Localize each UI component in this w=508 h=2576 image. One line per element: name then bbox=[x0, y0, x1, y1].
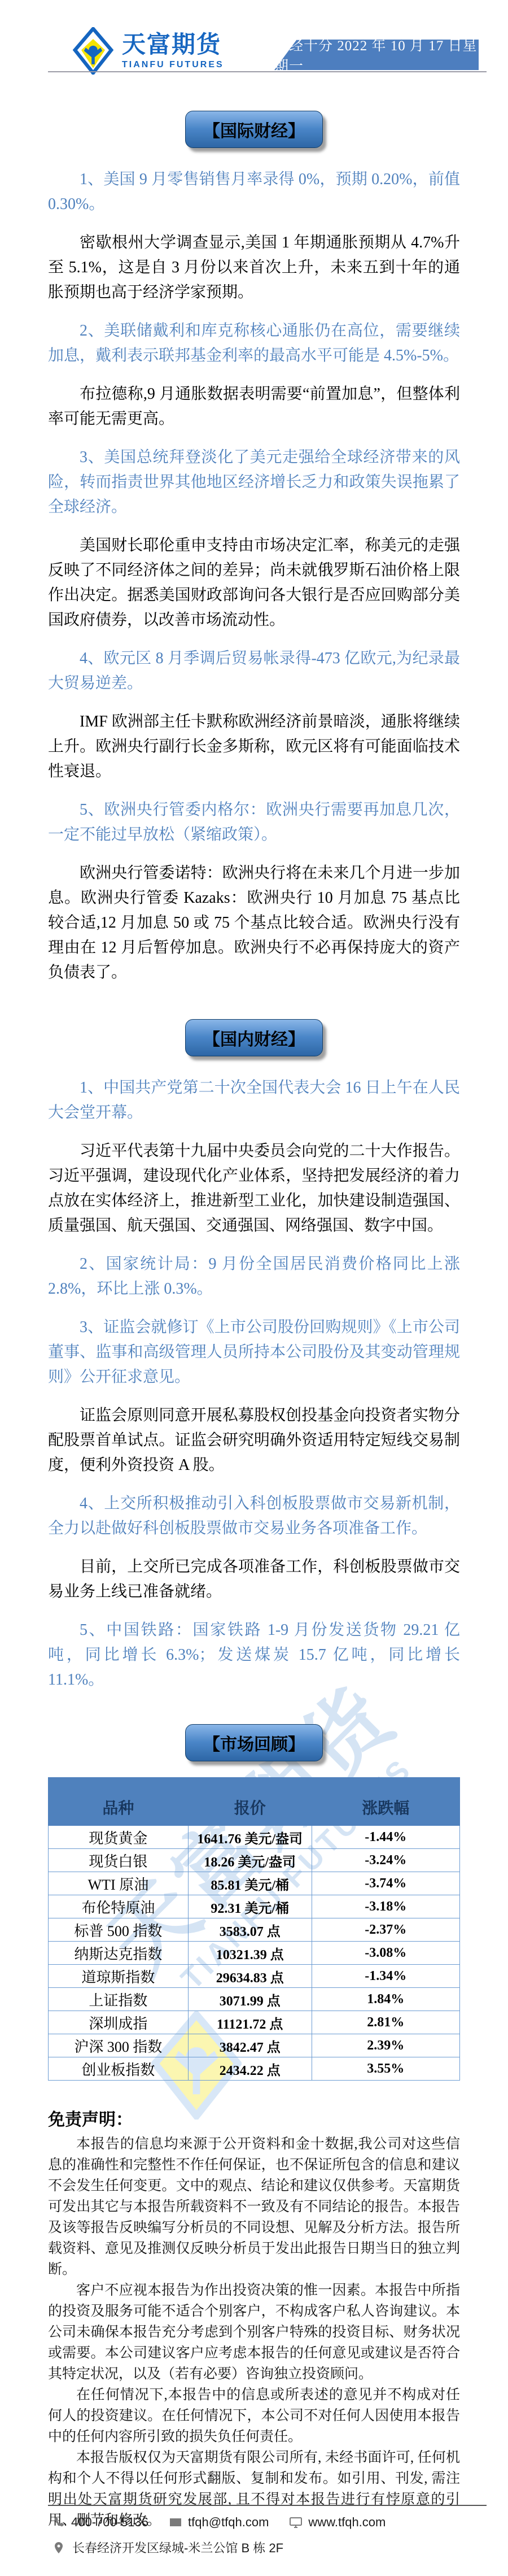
date-banner: 财经十分 2022 年 10 月 17 日星期一 bbox=[274, 40, 479, 70]
footer-website-url[interactable]: www.tfqh.com bbox=[308, 2515, 386, 2530]
instrument-name: 现货白银 bbox=[49, 1849, 189, 1872]
footer-phone-number[interactable]: 400-700-5136 bbox=[71, 2515, 148, 2530]
disclaimer: 免责声明： 本报告的信息均来源于公开资料和金十数据,我公司对这些信息的准确性和完… bbox=[48, 2105, 460, 2531]
header: 天富期货 TIANFU FUTURES 财经十分 2022 年 10 月 17 … bbox=[0, 0, 508, 73]
table-row: 道琼斯指数29634.83 点-1.34% bbox=[49, 1965, 460, 1988]
instrument-name: 沪深 300 指数 bbox=[49, 2034, 189, 2057]
header-divider bbox=[48, 71, 487, 72]
disclaimer-paragraph: 客户不应视本报告为作出投资决策的惟一因素。本报告中所指的投资及服务可能不适合个别… bbox=[48, 2280, 460, 2384]
quote: 92.31 美元/桶 bbox=[188, 1895, 312, 1918]
instrument-name: 布伦特原油 bbox=[49, 1895, 189, 1918]
envelope-icon bbox=[169, 2516, 182, 2529]
brand-name-cn: 天富期货 bbox=[122, 33, 224, 56]
footer-website: www.tfqh.com bbox=[289, 2515, 386, 2530]
column-header: 品种 bbox=[49, 1778, 189, 1826]
news-paragraph: 布拉德称,9 月通胀数据表明需要“前置加息”，但整体利率可能无需更高。 bbox=[48, 382, 460, 432]
change-pct: 1.84% bbox=[312, 1988, 459, 2011]
diamond-logo-icon bbox=[71, 27, 115, 75]
change-pct: -1.44% bbox=[312, 1826, 459, 1849]
news-paragraph: 目前，上交所已完成各项准备工作，科创板股票做市交易业务上线已准备就绪。 bbox=[48, 1555, 460, 1604]
news-paragraph: 美国财长耶伦重申支持由市场决定汇率，称美元的走强反映了不同经济体之间的差异；尚未… bbox=[48, 533, 460, 633]
table-header-row: 品种 报价 涨跌幅 bbox=[49, 1778, 460, 1826]
instrument-name: 标普 500 指数 bbox=[49, 1918, 189, 1942]
instrument-name: 深圳成指 bbox=[49, 2011, 189, 2034]
quote: 11121.72 点 bbox=[188, 2011, 312, 2034]
instrument-name: WTI 原油 bbox=[49, 1872, 189, 1895]
footer-phone: 400-700-5136 bbox=[52, 2515, 148, 2530]
instrument-name: 上证指数 bbox=[49, 1988, 189, 2011]
news-item: 2、美联储戴利和库克称核心通胀仍在高位，需要继续加息，戴利表示联邦基金利率的最高… bbox=[48, 319, 460, 368]
news-paragraph: 证监会原则同意开展私募股权创投基金向投资者实物分配股票首单试点。证监会研究明确外… bbox=[48, 1403, 460, 1478]
footer-contacts: 400-700-5136 tfqh@tfqh.com www.tfqh.com bbox=[52, 2515, 406, 2530]
news-item: 2、国家统计局：9 月份全国居民消费价格同比上涨 2.8%，环比上涨 0.3%。 bbox=[48, 1252, 460, 1302]
company-logo: 天富期货 TIANFU FUTURES bbox=[71, 27, 224, 75]
table-row: 现货黄金1641.76 美元/盎司-1.44% bbox=[49, 1826, 460, 1849]
footer-address-text: 长春经济开发区绿城-米兰公馆 B 栋 2F bbox=[72, 2539, 283, 2556]
change-pct: 3.55% bbox=[312, 2057, 459, 2081]
table-row: 沪深 300 指数3842.47 点2.39% bbox=[49, 2034, 460, 2057]
table-row: 纳斯达克指数10321.39 点-3.08% bbox=[49, 1942, 460, 1965]
instrument-name: 道琼斯指数 bbox=[49, 1965, 189, 1988]
report-page: 天富期货 TIANFU FUTURES 天富期货 TIANFU FUTURES … bbox=[0, 0, 508, 2576]
news-item: 4、上交所积极推动引入科创板股票做市交易新机制，全力以赴做好科创板股票做市交易业… bbox=[48, 1491, 460, 1541]
table-row: 现货白银18.26 美元/盎司-3.24% bbox=[49, 1849, 460, 1872]
table-row: WTI 原油85.81 美元/桶-3.74% bbox=[49, 1872, 460, 1895]
news-paragraph: 欧洲央行管委诺特：欧洲央行将在未来几个月进一步加息。欧洲央行管委 Kazaks：… bbox=[48, 861, 460, 985]
news-paragraph: 密歇根州大学调查显示,美国 1 年期通胀预期从 4.7%升至 5.1%，这是自 … bbox=[48, 230, 460, 305]
change-pct: 2.39% bbox=[312, 2034, 459, 2057]
table-row: 标普 500 指数3583.07 点-2.37% bbox=[49, 1918, 460, 1942]
change-pct: -3.08% bbox=[312, 1942, 459, 1965]
instrument-name: 创业板指数 bbox=[49, 2057, 189, 2081]
brand-text: 天富期货 TIANFU FUTURES bbox=[122, 33, 224, 69]
table-row: 创业板指数2434.22 点3.55% bbox=[49, 2057, 460, 2081]
monitor-icon bbox=[289, 2516, 303, 2529]
footer-email: tfqh@tfqh.com bbox=[169, 2515, 269, 2530]
news-item: 1、美国 9 月零售销售月率录得 0%，预期 0.20%，前值 0.30%。 bbox=[48, 167, 460, 217]
instrument-name: 现货黄金 bbox=[49, 1826, 189, 1849]
international-section: 1、美国 9 月零售销售月率录得 0%，预期 0.20%，前值 0.30%。 密… bbox=[48, 167, 460, 985]
section-button-domestic[interactable]: 【国内财经】 bbox=[185, 1019, 323, 1056]
news-item: 1、中国共产党第二十次全国代表大会 16 日上午在人民大会堂开幕。 bbox=[48, 1076, 460, 1125]
footer-address: 长春经济开发区绿城-米兰公馆 B 栋 2F bbox=[52, 2539, 283, 2556]
section-button-international[interactable]: 【国际财经】 bbox=[185, 111, 323, 148]
location-pin-icon bbox=[52, 2541, 65, 2555]
table-row: 上证指数3071.99 点1.84% bbox=[49, 1988, 460, 2011]
column-header: 涨跌幅 bbox=[312, 1778, 459, 1826]
disclaimer-title: 免责声明： bbox=[48, 2105, 460, 2130]
section-button-market-review[interactable]: 【市场回顾】 bbox=[185, 1724, 323, 1761]
table-row: 布伦特原油92.31 美元/桶-3.18% bbox=[49, 1895, 460, 1918]
quote: 3071.99 点 bbox=[188, 1988, 312, 2011]
phone-icon bbox=[52, 2516, 65, 2529]
quote: 2434.22 点 bbox=[188, 2057, 312, 2081]
disclaimer-paragraph: 在任何情况下,本报告中的信息或所表述的意见并不构成对任何人的投资建议。在任何情况… bbox=[48, 2384, 460, 2447]
disclaimer-paragraph: 本报告的信息均来源于公开资料和金十数据,我公司对这些信息的准确性和完整性不作任何… bbox=[48, 2134, 460, 2280]
news-item: 3、证监会就修订《上市公司股份回购规则》《上市公司董事、监事和高级管理人员所持本… bbox=[48, 1315, 460, 1390]
news-item: 4、欧元区 8 月季调后贸易帐录得-473 亿欧元,为纪录最大贸易逆差。 bbox=[48, 646, 460, 696]
news-item: 5、中国铁路：国家铁路 1-9 月份发送货物 29.21 亿吨，同比增长 6.3… bbox=[48, 1618, 460, 1692]
footer-email-address[interactable]: tfqh@tfqh.com bbox=[188, 2515, 269, 2530]
news-paragraph: 习近平代表第十九届中央委员会向党的二十大作报告。习近平强调，建设现代化产业体系，… bbox=[48, 1139, 460, 1238]
column-header: 报价 bbox=[188, 1778, 312, 1826]
quote: 3842.47 点 bbox=[188, 2034, 312, 2057]
change-pct: -3.74% bbox=[312, 1872, 459, 1895]
change-pct: -2.37% bbox=[312, 1918, 459, 1942]
brand-name-en: TIANFU FUTURES bbox=[122, 60, 224, 69]
news-item: 5、欧洲央行管委内格尔：欧洲央行需要再加息几次，一定不能过早放松（紧缩政策）。 bbox=[48, 798, 460, 847]
news-paragraph: IMF 欧洲部主任卡默称欧洲经济前景暗淡，通胀将继续上升。欧洲央行副行长金多斯称… bbox=[48, 710, 460, 784]
footer-divider bbox=[48, 2505, 487, 2506]
instrument-name: 纳斯达克指数 bbox=[49, 1942, 189, 1965]
quote: 10321.39 点 bbox=[188, 1942, 312, 1965]
change-pct: -3.24% bbox=[312, 1849, 459, 1872]
quote: 18.26 美元/盎司 bbox=[188, 1849, 312, 1872]
domestic-section: 1、中国共产党第二十次全国代表大会 16 日上午在人民大会堂开幕。 习近平代表第… bbox=[48, 1076, 460, 1692]
change-pct: 2.81% bbox=[312, 2011, 459, 2034]
quote: 29634.83 点 bbox=[188, 1965, 312, 1988]
change-pct: -3.18% bbox=[312, 1895, 459, 1918]
news-item: 3、美国总统拜登淡化了美元走强给全球经济带来的风险，转而指责世界其他地区经济增长… bbox=[48, 445, 460, 520]
change-pct: -1.34% bbox=[312, 1965, 459, 1988]
quote: 3583.07 点 bbox=[188, 1918, 312, 1942]
quote: 85.81 美元/桶 bbox=[188, 1872, 312, 1895]
market-review-table: 品种 报价 涨跌幅 现货黄金1641.76 美元/盎司-1.44% 现货白银18… bbox=[48, 1777, 460, 2081]
quote: 1641.76 美元/盎司 bbox=[188, 1826, 312, 1849]
table-row: 深圳成指11121.72 点2.81% bbox=[49, 2011, 460, 2034]
